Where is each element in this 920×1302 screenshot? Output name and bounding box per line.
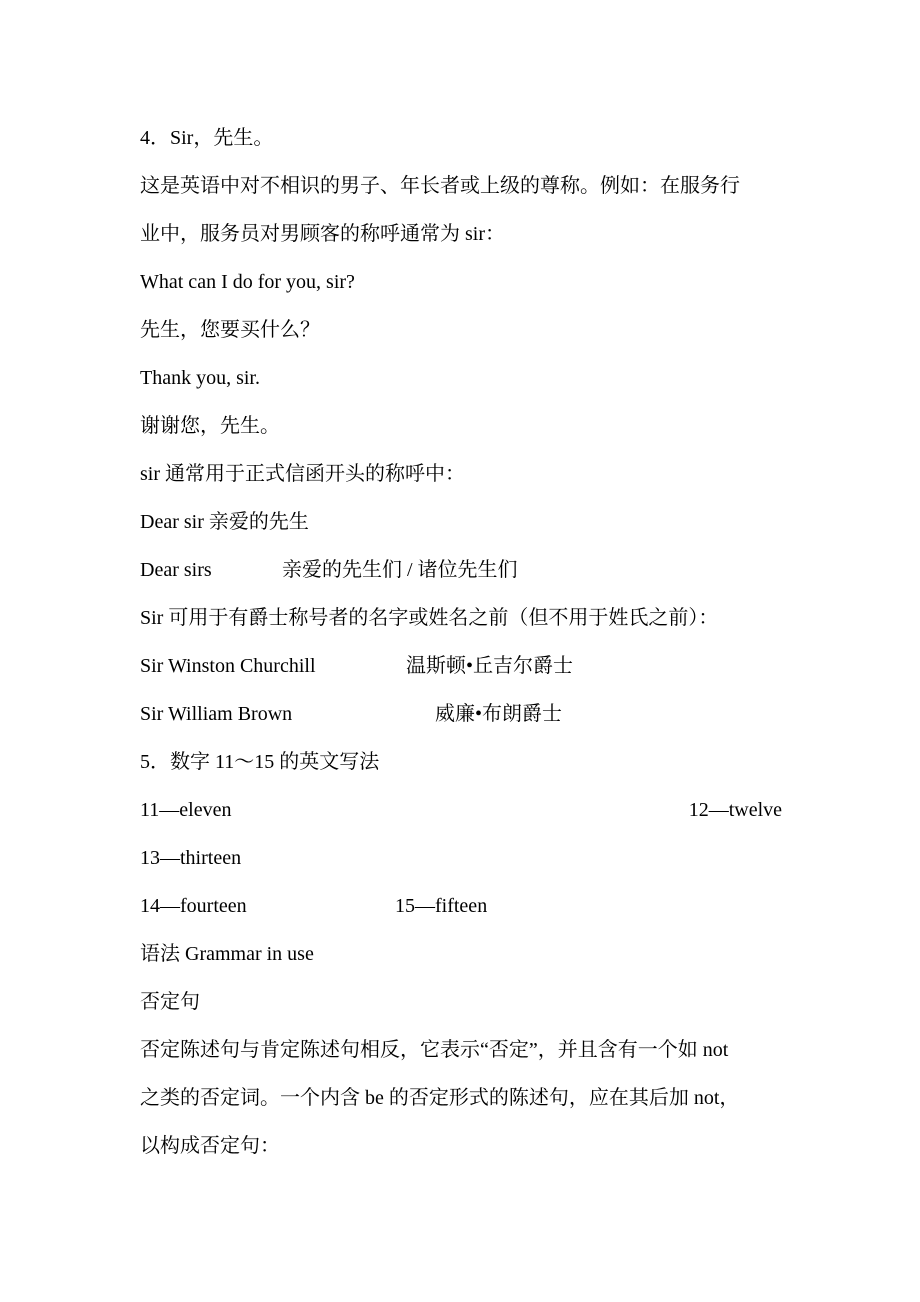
- example-english: Sir William Brown: [140, 702, 292, 726]
- number-word: 12—twelve: [689, 798, 782, 822]
- paragraph-line: 以构成否定句：: [140, 1134, 280, 1158]
- number-word: 13—thirteen: [140, 846, 241, 870]
- document-page: 4．Sir，先生。 这是英语中对不相识的男子、年长者或上级的尊称。例如：在服务行…: [0, 0, 920, 1302]
- example-chinese: 谢谢您，先生。: [140, 414, 280, 438]
- example-line: Sir Winston Churchill 温斯顿•丘吉尔爵士: [140, 654, 840, 678]
- paragraph-line: 之类的否定词。一个内含 be 的否定形式的陈述句，应在其后加 not，: [140, 1086, 739, 1110]
- paragraph-line: Sir 可用于有爵士称号者的名字或姓名之前（但不用于姓氏之前）：: [140, 606, 718, 630]
- example-english: Thank you, sir.: [140, 366, 260, 390]
- example-chinese: 先生，您要买什么？: [140, 318, 320, 342]
- paragraph-line: 业中，服务员对男顾客的称呼通常为 sir：: [140, 222, 505, 246]
- example-chinese: 亲爱的先生们 / 诸位先生们: [282, 558, 518, 582]
- paragraph-line: 这是英语中对不相识的男子、年长者或上级的尊称。例如：在服务行: [140, 174, 740, 198]
- paragraph-line: sir 通常用于正式信函开头的称呼中：: [140, 462, 465, 486]
- example-chinese: 温斯顿•丘吉尔爵士: [406, 654, 573, 678]
- example-english: What can I do for you, sir?: [140, 270, 355, 294]
- example-line: Dear sir 亲爱的先生: [140, 510, 309, 534]
- paragraph-line: 否定陈述句与肯定陈述句相反，它表示“否定”，并且含有一个如 not: [140, 1038, 728, 1062]
- number-line: 11—eleven 12—twelve: [140, 798, 782, 822]
- example-english: Sir Winston Churchill: [140, 654, 316, 678]
- example-line: Sir William Brown 威廉•布朗爵士: [140, 702, 840, 726]
- example-english: Dear sirs: [140, 558, 212, 582]
- number-line: 14—fourteen 15—fifteen: [140, 894, 782, 918]
- section-heading-sir: 4．Sir，先生。: [140, 126, 273, 150]
- example-line: Dear sirs 亲爱的先生们 / 诸位先生们: [140, 558, 840, 582]
- section-heading-numbers: 5．数字 11～15 的英文写法: [140, 750, 379, 774]
- number-word: 15—fifteen: [395, 894, 487, 918]
- number-word: 14—fourteen: [140, 894, 247, 918]
- example-chinese: 威廉•布朗爵士: [435, 702, 562, 726]
- subheading-negative-sentence: 否定句: [140, 990, 200, 1014]
- section-heading-grammar: 语法 Grammar in use: [140, 942, 314, 966]
- number-word: 11—eleven: [140, 798, 231, 822]
